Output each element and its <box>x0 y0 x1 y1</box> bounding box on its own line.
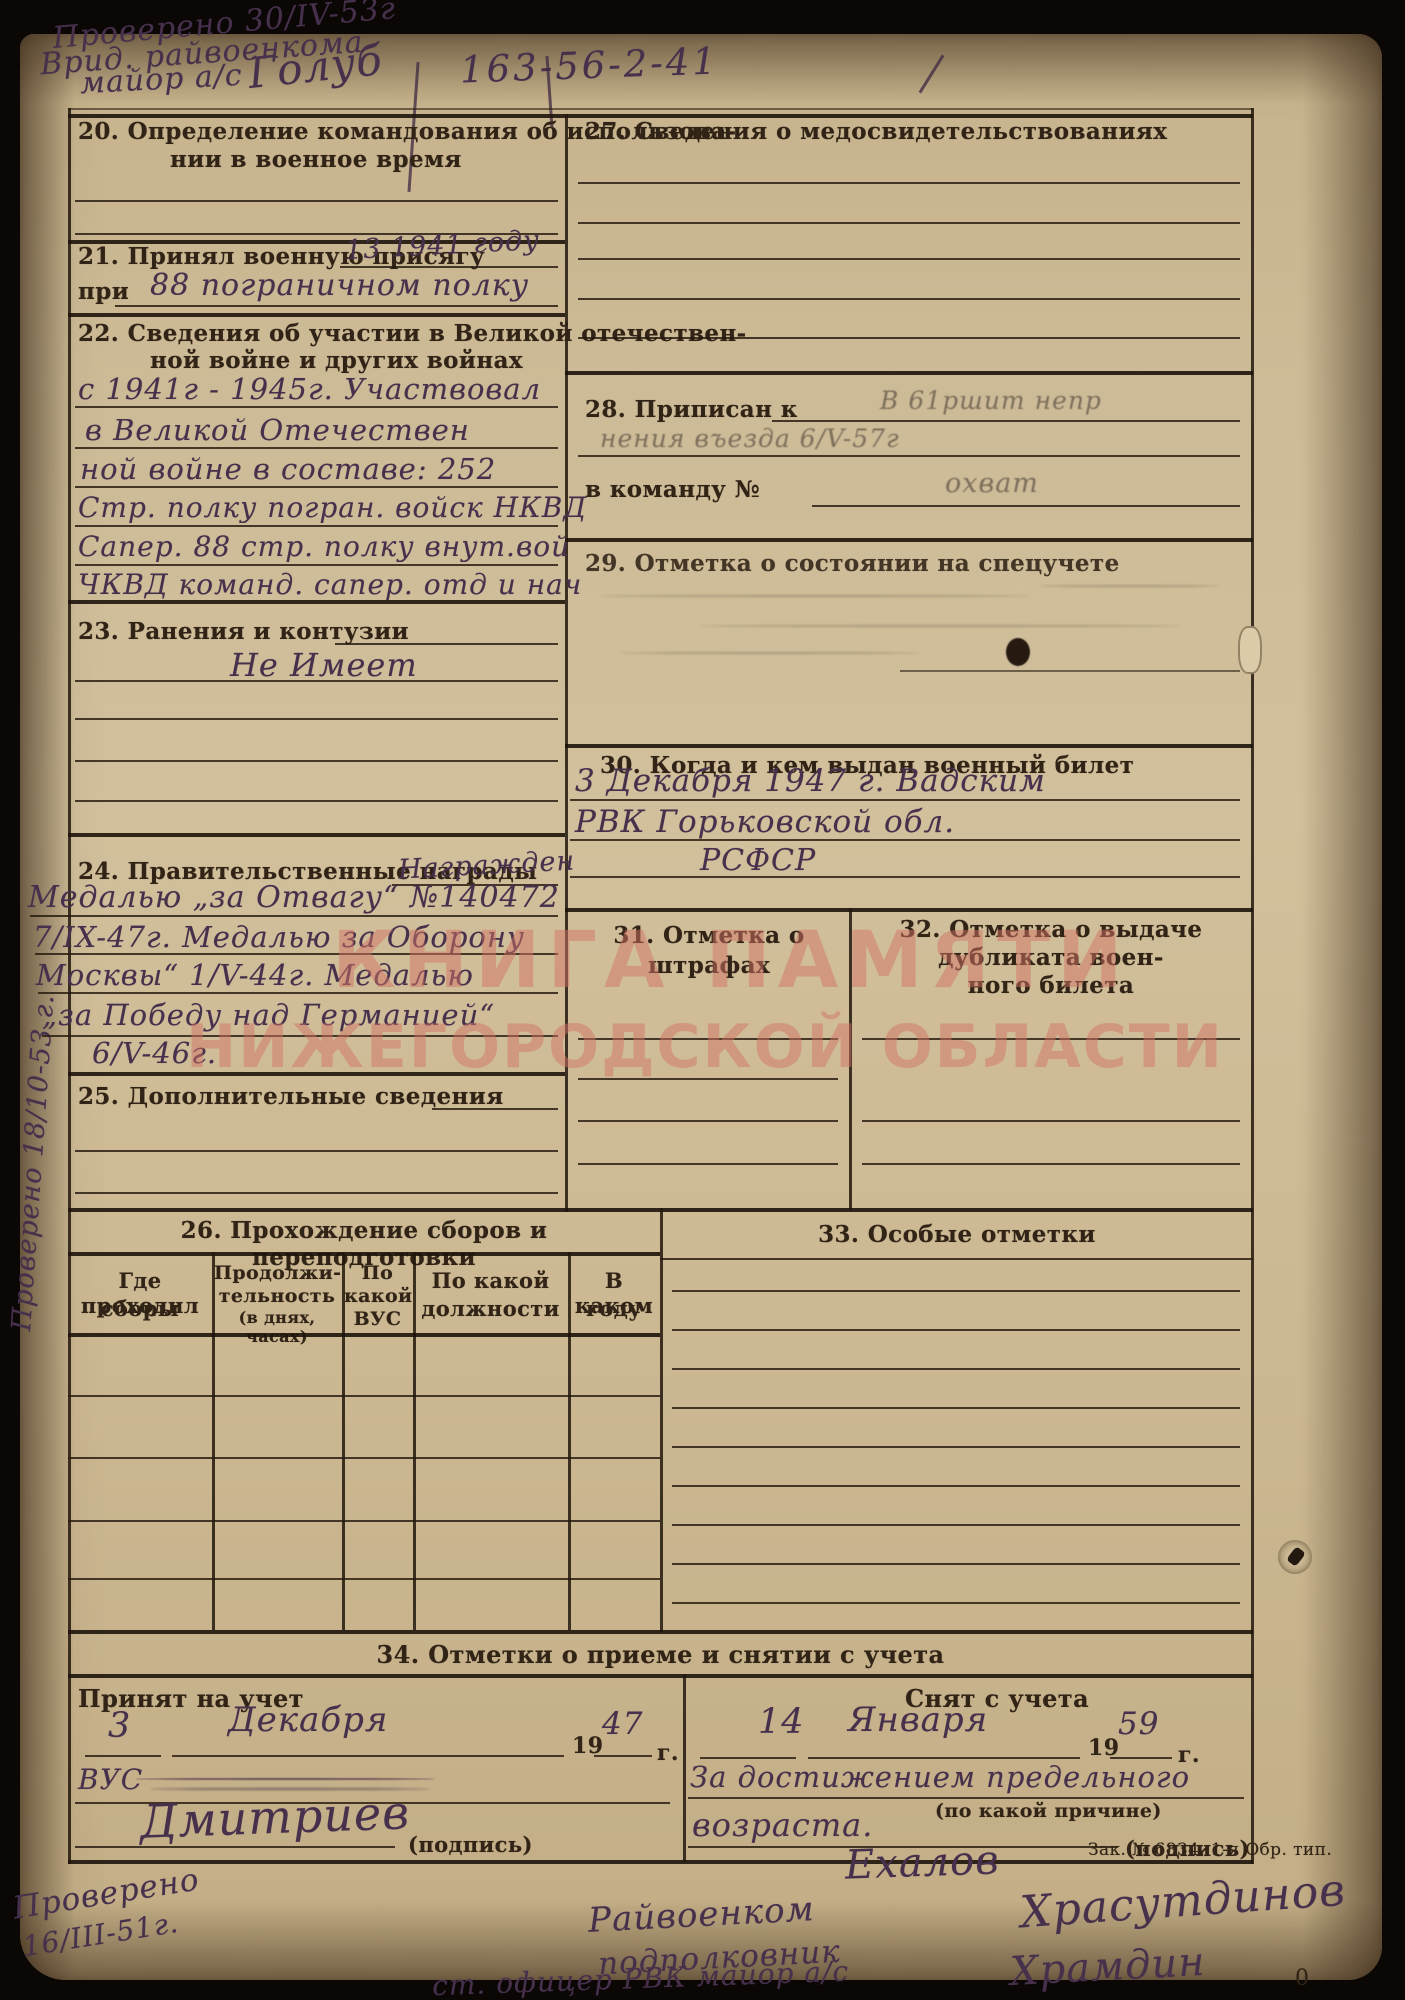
rule-line <box>75 1150 558 1152</box>
column-divider <box>683 1674 686 1862</box>
section31-label2: штрафах <box>578 952 840 979</box>
awards-hand-5: 6/V-46г. <box>92 1036 217 1070</box>
ticket-issue-hand-3: РСФСР <box>700 843 816 878</box>
rule-line <box>570 799 1240 801</box>
print-shop-footer: Зак. № 6834. 1-я Обр. тип. <box>1088 1840 1332 1860</box>
column-divider <box>849 908 852 1210</box>
rule-line <box>570 839 1240 841</box>
awards-hand-1: Медалью „за Отвагу“ №140472 <box>28 880 560 915</box>
section34-title: 34. Отметки о приеме и снятии с учета <box>68 1640 1253 1669</box>
registered-year-hand: 47 <box>602 1706 643 1742</box>
section31-label: 31. Отметка о <box>578 922 840 949</box>
ticket-issue-hand-1: 3 Декабря 1947 г. Вадским <box>575 763 1046 799</box>
rule-line <box>75 447 558 449</box>
rule-line <box>578 337 1240 339</box>
rule-line <box>38 992 558 994</box>
rule-line <box>594 1755 652 1757</box>
rule-line <box>1110 1757 1172 1759</box>
assigned-pencil-1: В 61ршит непр <box>880 386 1102 415</box>
section32-label3: ного билета <box>858 972 1244 999</box>
rule-line <box>115 305 558 307</box>
rule-line <box>578 182 1240 184</box>
col-header-where2: сборы <box>70 1296 210 1321</box>
table-row-line <box>68 1520 660 1522</box>
rule-line <box>672 1524 1240 1526</box>
rule-line <box>862 1163 1240 1165</box>
rule-line <box>75 406 558 408</box>
section-separator <box>68 1072 565 1076</box>
rule-line <box>578 1038 838 1040</box>
officer-signature: Храмдин <box>1009 1939 1207 1995</box>
erased-pencil-mark <box>600 595 1030 597</box>
war-service-hand-3: ной войне в составе: 252 <box>80 452 496 486</box>
rule-line <box>862 1038 1240 1040</box>
section20-title2: нии в военное время <box>170 146 462 173</box>
edge-tear <box>1238 626 1262 674</box>
section-separator <box>68 1630 1253 1634</box>
deregistered-year-hand: 59 <box>1118 1706 1159 1742</box>
rule-line <box>75 1846 395 1848</box>
section22-title2: ной войне и других войнах <box>150 347 523 374</box>
rule-line <box>75 680 558 682</box>
rule-line <box>75 564 558 566</box>
section-separator <box>565 908 1253 912</box>
deregistration-reason-hand-1: За достижением предельного <box>690 1760 1190 1794</box>
assigned-pencil-3: охват <box>945 468 1039 499</box>
rule-line <box>75 486 558 488</box>
section29-label: 29. Отметка о состоянии на спецучете <box>585 550 1120 577</box>
rule-line <box>660 1258 1253 1260</box>
rule-line <box>672 1446 1240 1448</box>
rule-line <box>900 670 1240 672</box>
wounds-hand: Не Имеет <box>230 646 418 684</box>
rule-line <box>700 1757 796 1759</box>
section-separator <box>565 744 1253 748</box>
war-service-hand-2: в Великой Отечествен <box>85 413 470 447</box>
section-separator <box>565 538 1253 542</box>
deregistration-reason-hand-2: возраста. <box>692 1806 873 1844</box>
rule-line <box>772 420 1240 422</box>
column-divider <box>660 1208 663 1632</box>
erased-pencil-mark <box>1040 585 1220 587</box>
table-header-border <box>68 1333 660 1337</box>
vus-hand: ВУС <box>78 1763 143 1796</box>
section25-label: 25. Дополнительные сведения <box>78 1083 504 1110</box>
rule-line <box>672 1485 1240 1487</box>
table-row-line <box>68 1395 660 1397</box>
rule-line <box>75 760 558 762</box>
corner-mark: 0 <box>1295 1966 1309 1991</box>
rule-line <box>578 1078 838 1080</box>
rule-line <box>672 1368 1240 1370</box>
registered-month-hand: Декабря <box>228 1700 388 1740</box>
rule-line <box>862 1120 1240 1122</box>
rule-line <box>75 1192 558 1194</box>
col-header-vus2: какой <box>344 1285 411 1307</box>
deregistered-month-hand: Января <box>848 1700 988 1740</box>
document-number: 163-56-2-41 <box>459 39 719 91</box>
registered-year-suffix: г. <box>657 1740 679 1766</box>
ink-blot <box>1006 638 1030 666</box>
erased-pencil-mark <box>620 652 920 654</box>
assigned-pencil-2: нения въезда 6/V-57г <box>600 424 900 453</box>
col-header-position2: должности <box>415 1296 566 1321</box>
form-border <box>68 108 1253 110</box>
rule-line <box>812 505 1240 507</box>
war-service-hand-1: с 1941г - 1945г. Участвовал <box>78 372 541 406</box>
rule-line <box>35 953 558 955</box>
col-header-position: По какой <box>415 1268 566 1293</box>
rule-line <box>75 800 558 802</box>
rule-line <box>808 1757 1080 1759</box>
war-service-hand-4: Стр. полку погран. войск НКВД <box>78 491 587 524</box>
rule-line <box>578 222 1240 224</box>
section32-label2: дубликата воен- <box>858 944 1244 971</box>
column-divider <box>565 114 568 1212</box>
awards-hand-2: 7/IX-47г. Медалью за Оборону <box>33 920 525 954</box>
registered-day-hand: 3 <box>108 1706 131 1746</box>
rule-line <box>85 1755 161 1757</box>
rule-line <box>75 525 558 527</box>
section22-title: 22. Сведения об участии в Великой отечес… <box>78 320 747 347</box>
rule-line <box>30 915 558 917</box>
rule-line <box>68 1252 660 1256</box>
awards-hand-3: Москвы“ 1/V-44г. Медалью <box>36 958 474 992</box>
scanned-document-page: Проверено 30/IV-53г Врид. райвоенкома ма… <box>0 0 1405 2000</box>
section28-label: 28. Приписан к <box>585 396 798 423</box>
col-header-duration2: тельность <box>214 1285 340 1307</box>
crossed-out-scribble <box>135 1778 435 1780</box>
rule-line <box>335 643 558 645</box>
section33-title: 33. Особые отметки <box>662 1221 1252 1248</box>
rule-line <box>578 1120 838 1122</box>
section-separator <box>565 371 1253 375</box>
rule-line <box>578 455 1240 457</box>
deregistered-day-hand: 14 <box>758 1702 805 1742</box>
rule-line <box>75 718 558 720</box>
col-header-duration3: (в днях, часах) <box>214 1308 340 1346</box>
rule-line <box>672 1329 1240 1331</box>
rule-line <box>578 258 1240 260</box>
section21-pre: при <box>78 278 129 305</box>
section-separator <box>68 833 565 837</box>
section-separator <box>68 313 565 317</box>
rule-line <box>432 1108 558 1110</box>
rule-line <box>672 1602 1240 1604</box>
rule-line <box>672 1407 1240 1409</box>
rule-line <box>672 1563 1240 1565</box>
erased-pencil-mark <box>700 625 1180 627</box>
war-service-hand-5: Сапер. 88 стр. полку внут.вой <box>78 530 570 563</box>
section28-label2: в команду № <box>585 476 760 503</box>
form-border <box>68 1860 1253 1864</box>
col-header-vus3: ВУС <box>344 1308 411 1330</box>
oath-unit-hand: 88 пограничном полку <box>150 268 529 303</box>
section32-label: 32. Отметка о выдаче <box>858 916 1244 943</box>
col-header-duration: Продолжи- <box>214 1262 340 1284</box>
section-separator <box>68 600 565 604</box>
section27-label: 27. Сведения о медосвидетельствованиях <box>585 118 1167 145</box>
rule-line <box>570 876 1240 878</box>
rule-line <box>688 1797 1244 1799</box>
col-header-vus: По <box>344 1262 411 1284</box>
deregistered-signature: Ехалов <box>844 1837 1000 1888</box>
awards-hand-4: „за Победу над Германией“ <box>42 998 495 1032</box>
section-separator <box>68 1674 1253 1678</box>
rule-line <box>75 200 558 202</box>
section23-label: 23. Ранения и контузии <box>78 618 409 645</box>
rule-line <box>578 298 1240 300</box>
rule-line <box>578 1163 838 1165</box>
table-row-line <box>68 1578 660 1580</box>
registered-signature: Дмитриев <box>139 1785 411 1848</box>
rule-line <box>672 1290 1240 1292</box>
table-row-line <box>68 1457 660 1459</box>
rule-line <box>172 1755 564 1757</box>
reason-hint-label: (по какой причине) <box>935 1800 1162 1822</box>
registered-podpis-label: (подпись) <box>408 1832 533 1857</box>
ticket-issue-hand-2: РВК Горьковской обл. <box>575 804 955 840</box>
war-service-hand-6: ЧКВД команд. сапер. отд и нач <box>78 568 582 601</box>
col-header-year2: году <box>570 1296 658 1321</box>
